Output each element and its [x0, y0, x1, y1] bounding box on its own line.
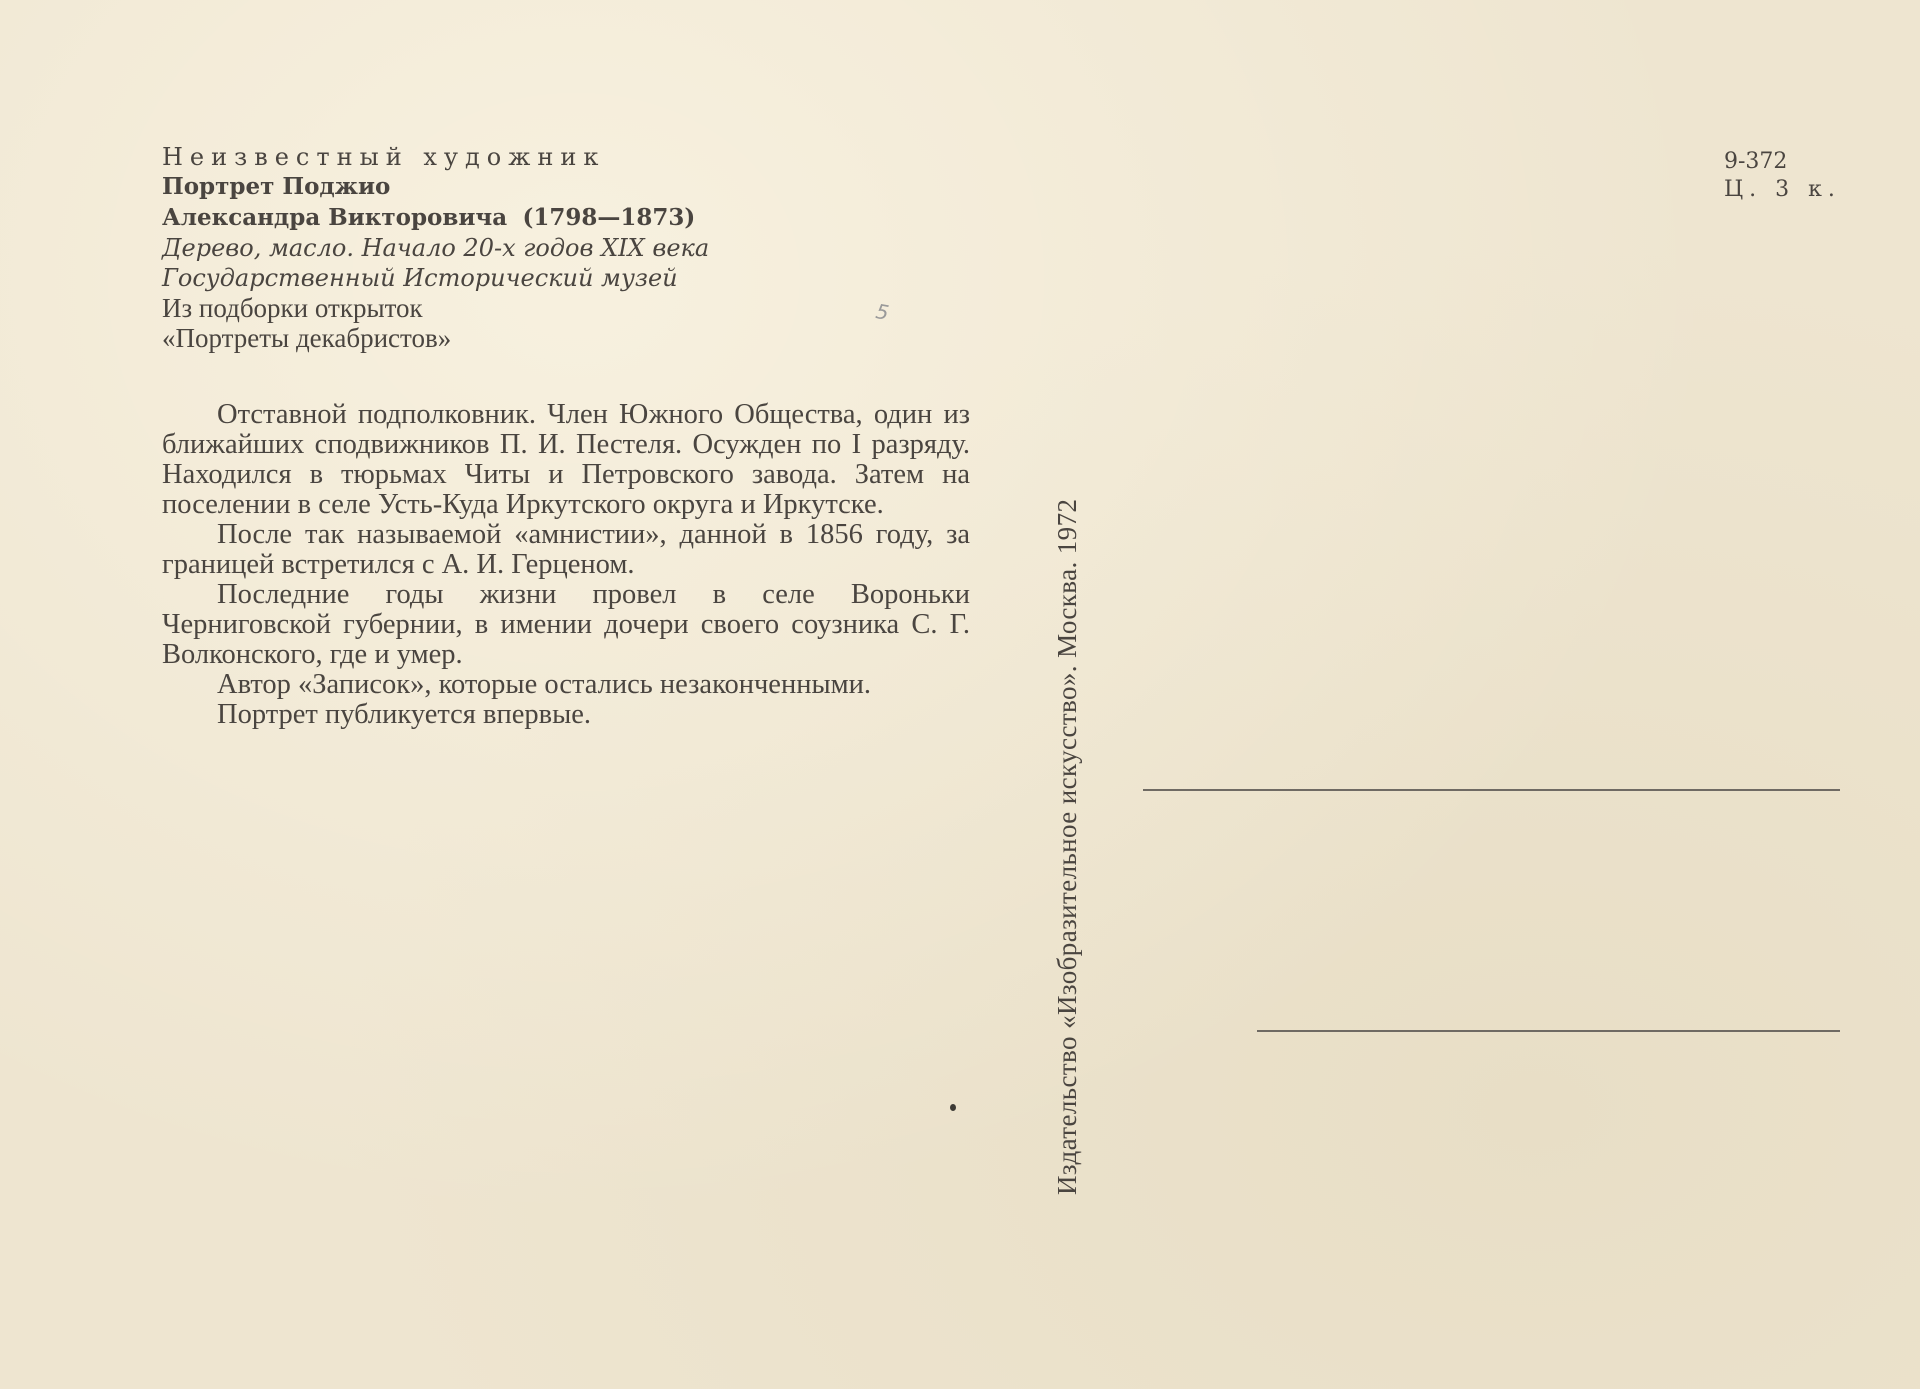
biography-paragraph: Автор «Записок», которые остались незако…: [162, 670, 970, 700]
series-name: «Портреты декабристов»: [162, 323, 709, 353]
address-line: [1143, 789, 1840, 791]
biography-paragraph: После так называемой «амнистии», данной …: [162, 520, 970, 580]
catalog-code: 9-372: [1724, 148, 1841, 176]
sitter-name-text: Александра Викторовича: [162, 204, 507, 231]
biography-paragraph: Последние годы жизни провел в селе Ворон…: [162, 580, 970, 670]
caption-block: Неизвестный художник Портрет Поджио Алек…: [162, 142, 709, 353]
sitter-years: (1798—1873): [522, 204, 695, 231]
artist-name: Неизвестный художник: [162, 142, 709, 172]
medium-date: Дерево, масло. Начало 20-х годов XIX век…: [162, 233, 709, 263]
price: Ц. 3 к.: [1724, 176, 1841, 204]
biography-text: Отставной подполковник. Член Южного Обще…: [162, 400, 970, 730]
sitter-name: Александра Викторовича (1798—1873): [162, 202, 709, 233]
biography-paragraph: Портрет публикуется впервые.: [162, 700, 970, 730]
publisher-imprint: Издательство «Изобразительное искусство»…: [1052, 499, 1083, 1195]
museum: Государственный Исторический музей: [162, 263, 709, 293]
catalog-info: 9-372 Ц. 3 к.: [1724, 148, 1841, 204]
series-intro: Из подборки открыток: [162, 293, 709, 323]
portrait-title: Портрет Поджио: [162, 172, 709, 202]
biography-paragraph: Отставной подполковник. Член Южного Обще…: [162, 400, 970, 520]
address-line: [1257, 1030, 1840, 1032]
ink-speck: [950, 1104, 956, 1111]
